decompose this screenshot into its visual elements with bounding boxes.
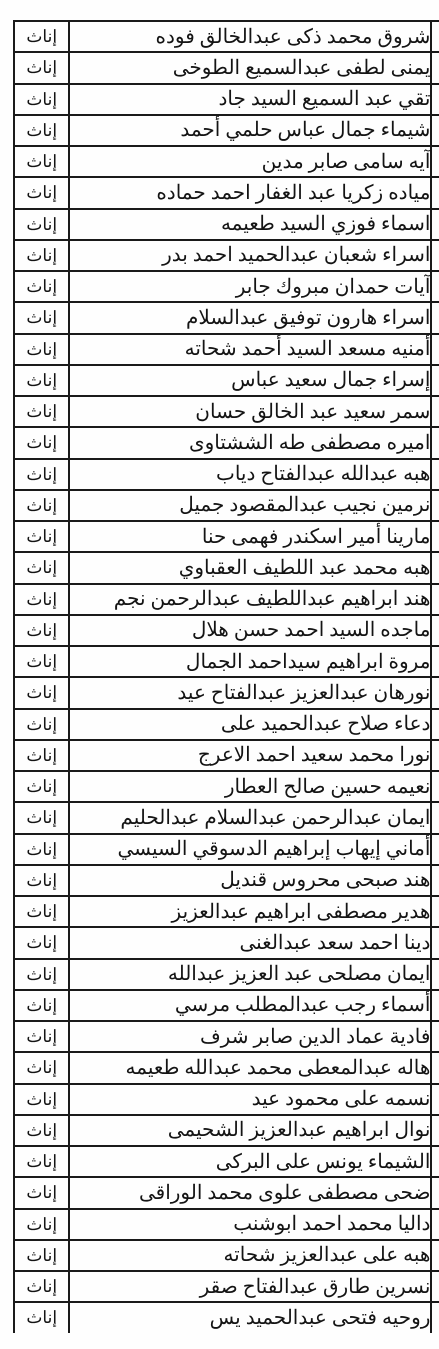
gender-label: إناث	[26, 1246, 57, 1265]
table-row: إناث مياده زكريا عبد الغفار احمد حماده	[14, 177, 439, 208]
gender-label: إناث	[26, 1183, 57, 1202]
gender-cell: إناث	[14, 1021, 69, 1052]
gender-cell: إناث	[14, 1302, 69, 1333]
table-row: إناث هند ابراهيم عبداللطيف عبدالرحمن نجم	[14, 584, 439, 615]
gender-cell: إناث	[14, 677, 69, 708]
student-name-cell: هند صبحى محروس قنديل	[69, 865, 431, 896]
truncated-right-column-cell	[431, 646, 439, 677]
gender-label: إناث	[26, 402, 57, 421]
gender-cell: إناث	[14, 1177, 69, 1208]
table-row: إناث فادية عماد الدين صابر شرف	[14, 1021, 439, 1052]
truncated-right-column-cell	[431, 1209, 439, 1240]
table-row: إناث إسراء جمال سعيد عباس	[14, 365, 439, 396]
student-name-cell: هبه محمد عبد اللطيف العقباوي	[69, 552, 431, 583]
student-name: نورهان عبدالعزيز عبدالفتاح عيد	[177, 682, 430, 704]
gender-cell: إناث	[14, 52, 69, 83]
gender-cell: إناث	[14, 740, 69, 771]
truncated-right-column-cell	[431, 1146, 439, 1177]
gender-label: إناث	[26, 777, 57, 796]
student-name-cell: ايمان مصلحى عبد العزيز عبدالله	[69, 959, 431, 990]
truncated-right-column-cell	[431, 1240, 439, 1271]
gender-label: إناث	[26, 683, 57, 702]
table-row: إناث شيماء جمال عباس حلمي أحمد	[14, 115, 439, 146]
gender-label: إناث	[26, 90, 57, 109]
truncated-right-column-cell	[431, 240, 439, 271]
student-name-cell: أمنيه مسعد السيد أحمد شحاته	[69, 334, 431, 365]
table-row: إناث هدير مصطفى ابراهيم عبدالعزيز	[14, 896, 439, 927]
truncated-right-column-cell	[431, 365, 439, 396]
student-name: فادية عماد الدين صابر شرف	[200, 1026, 431, 1048]
student-name: هبه محمد عبد اللطيف العقباوي	[179, 557, 431, 579]
gender-cell: إناث	[14, 21, 69, 52]
student-name-cell: داليا محمد احمد ابوشنب	[69, 1209, 431, 1240]
student-name-cell: مياده زكريا عبد الغفار احمد حماده	[69, 177, 431, 208]
gender-label: إناث	[26, 1277, 57, 1296]
gender-cell: إناث	[14, 927, 69, 958]
student-name: مارينا أمير اسكندر فهمى حنا	[202, 526, 431, 548]
truncated-right-column-cell	[431, 959, 439, 990]
gender-cell: إناث	[14, 865, 69, 896]
truncated-right-column-cell	[431, 552, 439, 583]
student-name-cell: اسراء هارون توفيق عبدالسلام	[69, 302, 431, 333]
student-name-cell: آيه سامى صابر مدين	[69, 146, 431, 177]
truncated-right-column-cell	[431, 927, 439, 958]
table-row: إناث أماني إيهاب إبراهيم الدسوقي السيسي	[14, 834, 439, 865]
student-name-cell: نرمين نجيب عبدالمقصود جميل	[69, 490, 431, 521]
gender-cell: إناث	[14, 990, 69, 1021]
truncated-right-column-cell	[431, 865, 439, 896]
table-row: إناث هبه على عبدالعزيز شحاته	[14, 1240, 439, 1271]
gender-label: إناث	[26, 965, 57, 984]
student-name: مياده زكريا عبد الغفار احمد حماده	[156, 182, 430, 204]
truncated-right-column-cell	[431, 84, 439, 115]
gender-cell: إناث	[14, 365, 69, 396]
truncated-right-column-cell	[431, 896, 439, 927]
student-name: دعاء صلاح عبدالحميد على	[221, 713, 431, 735]
table-row: إناث اسراء شعبان عبدالحميد احمد بدر	[14, 240, 439, 271]
gender-cell: إناث	[14, 896, 69, 927]
truncated-right-column-cell	[431, 834, 439, 865]
truncated-right-column-cell	[431, 177, 439, 208]
gender-label: إناث	[26, 121, 57, 140]
student-name: أسماء رجب عبدالمطلب مرسي	[175, 994, 431, 1016]
table-row: إناث هاله عبدالمعطى محمد عبدالله طعيمه	[14, 1052, 439, 1083]
table-row: إناث اسماء فوزي السيد طعيمه	[14, 209, 439, 240]
gender-label: إناث	[26, 1027, 57, 1046]
student-name: نسرين طارق عبدالفتاح صقر	[200, 1276, 431, 1298]
truncated-right-column-cell	[431, 802, 439, 833]
gender-label: إناث	[26, 215, 57, 234]
student-name: مروة ابراهيم سيداحمد الجمال	[186, 651, 431, 673]
student-name: تقي عبد السميع السيد جاد	[218, 88, 430, 110]
student-name-cell: نورا محمد سعيد احمد الاعرج	[69, 740, 431, 771]
students-gender-table: إناث شروق محمد ذكى عبدالخالق فوده إناث ي…	[13, 20, 439, 1333]
student-name: الشيماء يونس على البركى	[216, 1151, 431, 1173]
gender-cell: إناث	[14, 1209, 69, 1240]
gender-cell: إناث	[14, 302, 69, 333]
student-name: آيات حمدان مبروك جابر	[236, 276, 431, 298]
gender-label: إناث	[26, 465, 57, 484]
gender-label: إناث	[26, 933, 57, 952]
table-row: إناث داليا محمد احمد ابوشنب	[14, 1209, 439, 1240]
student-name: آيه سامى صابر مدين	[262, 151, 431, 173]
student-name-cell: هبه عبدالله عبدالفتاح دياب	[69, 459, 431, 490]
table-row: إناث أسماء رجب عبدالمطلب مرسي	[14, 990, 439, 1021]
student-name: داليا محمد احمد ابوشنب	[233, 1213, 430, 1235]
gender-label: إناث	[26, 152, 57, 171]
table-row: إناث ماجده السيد احمد حسن هلال	[14, 615, 439, 646]
student-name-cell: نورهان عبدالعزيز عبدالفتاح عيد	[69, 677, 431, 708]
table-row: إناث أمنيه مسعد السيد أحمد شحاته	[14, 334, 439, 365]
student-name-cell: هاله عبدالمعطى محمد عبدالله طعيمه	[69, 1052, 431, 1083]
student-name: شيماء جمال عباس حلمي أحمد	[180, 119, 430, 141]
truncated-right-column-cell	[431, 1302, 439, 1333]
student-name: نوال ابراهيم عبدالعزيز الشحيمى	[168, 1119, 431, 1141]
table-row: إناث مارينا أمير اسكندر فهمى حنا	[14, 521, 439, 552]
truncated-right-column-cell	[431, 615, 439, 646]
student-name: ضحى مصطفى علوى محمد الوراقى	[139, 1182, 430, 1204]
truncated-right-column-cell	[431, 302, 439, 333]
truncated-right-column-cell	[431, 1177, 439, 1208]
gender-cell: إناث	[14, 146, 69, 177]
truncated-right-column-cell	[431, 490, 439, 521]
table-row: إناث الشيماء يونس على البركى	[14, 1146, 439, 1177]
truncated-right-column-cell	[431, 209, 439, 240]
student-name-cell: يمنى لطفى عبدالسميع الطوخى	[69, 52, 431, 83]
student-name-cell: فادية عماد الدين صابر شرف	[69, 1021, 431, 1052]
gender-cell: إناث	[14, 646, 69, 677]
student-name-cell: أماني إيهاب إبراهيم الدسوقي السيسي	[69, 834, 431, 865]
gender-label: إناث	[26, 183, 57, 202]
truncated-right-column-cell	[431, 584, 439, 615]
student-name: ايمان مصلحى عبد العزيز عبدالله	[168, 963, 431, 985]
student-name: سمر سعيد عبد الخالق حسان	[195, 401, 430, 423]
student-name: اسماء فوزي السيد طعيمه	[221, 213, 431, 235]
student-name-cell: أسماء رجب عبدالمطلب مرسي	[69, 990, 431, 1021]
student-name-cell: آيات حمدان مبروك جابر	[69, 271, 431, 302]
gender-cell: إناث	[14, 1052, 69, 1083]
gender-cell: إناث	[14, 1084, 69, 1115]
truncated-right-column-cell	[431, 1052, 439, 1083]
truncated-right-column-cell	[431, 677, 439, 708]
table-body: إناث شروق محمد ذكى عبدالخالق فوده إناث ي…	[14, 21, 439, 1333]
table-row: إناث تقي عبد السميع السيد جاد	[14, 84, 439, 115]
gender-label: إناث	[26, 558, 57, 577]
table-row: إناث مروة ابراهيم سيداحمد الجمال	[14, 646, 439, 677]
truncated-right-column-cell	[431, 396, 439, 427]
truncated-right-column-cell	[431, 52, 439, 83]
table-row: إناث ايمان عبدالرحمن عبدالسلام عبدالحليم	[14, 802, 439, 833]
gender-label: إناث	[26, 1152, 57, 1171]
gender-cell: إناث	[14, 552, 69, 583]
student-name: شروق محمد ذكى عبدالخالق فوده	[156, 26, 431, 48]
student-name-cell: هدير مصطفى ابراهيم عبدالعزيز	[69, 896, 431, 927]
gender-cell: إناث	[14, 334, 69, 365]
gender-label: إناث	[26, 496, 57, 515]
gender-label: إناث	[26, 840, 57, 859]
gender-cell: إناث	[14, 84, 69, 115]
student-name: نسمه على محمود عيد	[252, 1088, 431, 1110]
gender-cell: إناث	[14, 521, 69, 552]
gender-label: إناث	[26, 1121, 57, 1140]
gender-label: إناث	[26, 808, 57, 827]
table-row: إناث هند صبحى محروس قنديل	[14, 865, 439, 896]
gender-cell: إناث	[14, 115, 69, 146]
truncated-right-column-cell	[431, 740, 439, 771]
gender-cell: إناث	[14, 490, 69, 521]
table-row: إناث دينا احمد سعد عبدالغنى	[14, 927, 439, 958]
student-name-cell: روحيه فتحى عبدالحميد يس	[69, 1302, 431, 1333]
gender-cell: إناث	[14, 459, 69, 490]
student-name-cell: إسراء جمال سعيد عباس	[69, 365, 431, 396]
table-row: إناث نوال ابراهيم عبدالعزيز الشحيمى	[14, 1115, 439, 1146]
gender-label: إناث	[26, 590, 57, 609]
gender-cell: إناث	[14, 584, 69, 615]
truncated-right-column-cell	[431, 459, 439, 490]
student-name-cell: نسرين طارق عبدالفتاح صقر	[69, 1271, 431, 1302]
student-name: نرمين نجيب عبدالمقصود جميل	[179, 494, 430, 516]
gender-label: إناث	[26, 433, 57, 452]
student-name-cell: دعاء صلاح عبدالحميد على	[69, 709, 431, 740]
gender-cell: إناث	[14, 834, 69, 865]
student-name: ايمان عبدالرحمن عبدالسلام عبدالحليم	[120, 807, 430, 829]
gender-label: إناث	[26, 340, 57, 359]
table-row: إناث نورا محمد سعيد احمد الاعرج	[14, 740, 439, 771]
truncated-right-column-cell	[431, 271, 439, 302]
student-name: هبه عبدالله عبدالفتاح دياب	[216, 463, 430, 485]
student-name: هند صبحى محروس قنديل	[220, 869, 430, 891]
gender-label: إناث	[26, 871, 57, 890]
truncated-right-column-cell	[431, 1271, 439, 1302]
gender-label: إناث	[26, 27, 57, 46]
student-name: نورا محمد سعيد احمد الاعرج	[198, 744, 431, 766]
table-row: إناث روحيه فتحى عبدالحميد يس	[14, 1302, 439, 1333]
gender-label: إناث	[26, 1090, 57, 1109]
gender-cell: إناث	[14, 177, 69, 208]
student-name: هبه على عبدالعزيز شحاته	[223, 1244, 430, 1266]
student-name: أماني إيهاب إبراهيم الدسوقي السيسي	[117, 838, 430, 860]
table-row: إناث سمر سعيد عبد الخالق حسان	[14, 396, 439, 427]
student-name-cell: تقي عبد السميع السيد جاد	[69, 84, 431, 115]
truncated-right-column-cell	[431, 115, 439, 146]
table-row: إناث اسراء هارون توفيق عبدالسلام	[14, 302, 439, 333]
student-name: هاله عبدالمعطى محمد عبدالله طعيمه	[126, 1057, 431, 1079]
gender-label: إناث	[26, 1215, 57, 1234]
gender-label: إناث	[26, 527, 57, 546]
student-name-cell: هند ابراهيم عبداللطيف عبدالرحمن نجم	[69, 584, 431, 615]
student-name: اسراء شعبان عبدالحميد احمد بدر	[162, 244, 430, 266]
truncated-right-column-cell	[431, 1115, 439, 1146]
table-row: إناث ايمان مصلحى عبد العزيز عبدالله	[14, 959, 439, 990]
student-name-cell: اميره مصطفى طه الششتاوى	[69, 427, 431, 458]
gender-cell: إناث	[14, 615, 69, 646]
student-name: إسراء جمال سعيد عباس	[231, 369, 430, 391]
student-name: روحيه فتحى عبدالحميد يس	[210, 1307, 431, 1329]
table-row: إناث دعاء صلاح عبدالحميد على	[14, 709, 439, 740]
gender-label: إناث	[26, 1058, 57, 1077]
student-name-cell: نوال ابراهيم عبدالعزيز الشحيمى	[69, 1115, 431, 1146]
gender-label: إناث	[26, 246, 57, 265]
gender-label: إناث	[26, 371, 57, 390]
student-name-cell: اسراء شعبان عبدالحميد احمد بدر	[69, 240, 431, 271]
truncated-right-column-cell	[431, 771, 439, 802]
gender-cell: إناث	[14, 271, 69, 302]
gender-cell: إناث	[14, 240, 69, 271]
truncated-right-column-cell	[431, 146, 439, 177]
table-row: إناث نعيمه حسين صالح العطار	[14, 771, 439, 802]
truncated-right-column-cell	[431, 521, 439, 552]
truncated-right-column-cell	[431, 427, 439, 458]
student-name-cell: ايمان عبدالرحمن عبدالسلام عبدالحليم	[69, 802, 431, 833]
gender-cell: إناث	[14, 396, 69, 427]
table-row: إناث نسمه على محمود عيد	[14, 1084, 439, 1115]
student-name-cell: شروق محمد ذكى عبدالخالق فوده	[69, 21, 431, 52]
student-name-cell: دينا احمد سعد عبدالغنى	[69, 927, 431, 958]
student-name: نعيمه حسين صالح العطار	[225, 776, 431, 798]
gender-label: إناث	[26, 746, 57, 765]
table-row: إناث هبه محمد عبد اللطيف العقباوي	[14, 552, 439, 583]
student-name: هدير مصطفى ابراهيم عبدالعزيز	[172, 901, 431, 923]
gender-label: إناث	[26, 58, 57, 77]
student-name-cell: سمر سعيد عبد الخالق حسان	[69, 396, 431, 427]
gender-label: إناث	[26, 1308, 57, 1327]
table-row: إناث آيه سامى صابر مدين	[14, 146, 439, 177]
table-row: إناث نسرين طارق عبدالفتاح صقر	[14, 1271, 439, 1302]
student-name-cell: شيماء جمال عباس حلمي أحمد	[69, 115, 431, 146]
table-row: إناث يمنى لطفى عبدالسميع الطوخى	[14, 52, 439, 83]
student-name-cell: مروة ابراهيم سيداحمد الجمال	[69, 646, 431, 677]
table-row: إناث آيات حمدان مبروك جابر	[14, 271, 439, 302]
table-row: إناث ضحى مصطفى علوى محمد الوراقى	[14, 1177, 439, 1208]
gender-cell: إناث	[14, 802, 69, 833]
gender-cell: إناث	[14, 427, 69, 458]
truncated-right-column-cell	[431, 1021, 439, 1052]
table-row: إناث شروق محمد ذكى عبدالخالق فوده	[14, 21, 439, 52]
gender-label: إناث	[26, 715, 57, 734]
student-name-cell: نسمه على محمود عيد	[69, 1084, 431, 1115]
student-name: يمنى لطفى عبدالسميع الطوخى	[173, 57, 431, 79]
gender-label: إناث	[26, 277, 57, 296]
truncated-right-column-cell	[431, 334, 439, 365]
student-name-cell: نعيمه حسين صالح العطار	[69, 771, 431, 802]
truncated-right-column-cell	[431, 990, 439, 1021]
gender-cell: إناث	[14, 1240, 69, 1271]
gender-cell: إناث	[14, 771, 69, 802]
student-name-cell: مارينا أمير اسكندر فهمى حنا	[69, 521, 431, 552]
student-name: اسراء هارون توفيق عبدالسلام	[186, 307, 430, 329]
truncated-right-column-cell	[431, 21, 439, 52]
scanned-document-page: إناث شروق محمد ذكى عبدالخالق فوده إناث ي…	[0, 0, 439, 1349]
student-name-cell: ماجده السيد احمد حسن هلال	[69, 615, 431, 646]
student-name: اميره مصطفى طه الششتاوى	[189, 432, 430, 454]
gender-label: إناث	[26, 996, 57, 1015]
gender-cell: إناث	[14, 209, 69, 240]
truncated-right-column-cell	[431, 1084, 439, 1115]
table-row: إناث هبه عبدالله عبدالفتاح دياب	[14, 459, 439, 490]
table-row: إناث اميره مصطفى طه الششتاوى	[14, 427, 439, 458]
student-name: دينا احمد سعد عبدالغنى	[239, 932, 430, 954]
student-name-cell: ضحى مصطفى علوى محمد الوراقى	[69, 1177, 431, 1208]
truncated-right-column-cell	[431, 709, 439, 740]
table-row: إناث نرمين نجيب عبدالمقصود جميل	[14, 490, 439, 521]
gender-label: إناث	[26, 902, 57, 921]
gender-cell: إناث	[14, 1146, 69, 1177]
student-name-cell: اسماء فوزي السيد طعيمه	[69, 209, 431, 240]
names-table-container: إناث شروق محمد ذكى عبدالخالق فوده إناث ي…	[13, 20, 439, 1333]
student-name-cell: الشيماء يونس على البركى	[69, 1146, 431, 1177]
student-name: أمنيه مسعد السيد أحمد شحاته	[185, 338, 431, 360]
gender-cell: إناث	[14, 959, 69, 990]
table-row: إناث نورهان عبدالعزيز عبدالفتاح عيد	[14, 677, 439, 708]
student-name-cell: هبه على عبدالعزيز شحاته	[69, 1240, 431, 1271]
gender-label: إناث	[26, 621, 57, 640]
student-name: ماجده السيد احمد حسن هلال	[192, 619, 431, 641]
gender-cell: إناث	[14, 1271, 69, 1302]
gender-cell: إناث	[14, 1115, 69, 1146]
gender-label: إناث	[26, 652, 57, 671]
gender-cell: إناث	[14, 709, 69, 740]
gender-label: إناث	[26, 308, 57, 327]
student-name: هند ابراهيم عبداللطيف عبدالرحمن نجم	[114, 588, 431, 610]
